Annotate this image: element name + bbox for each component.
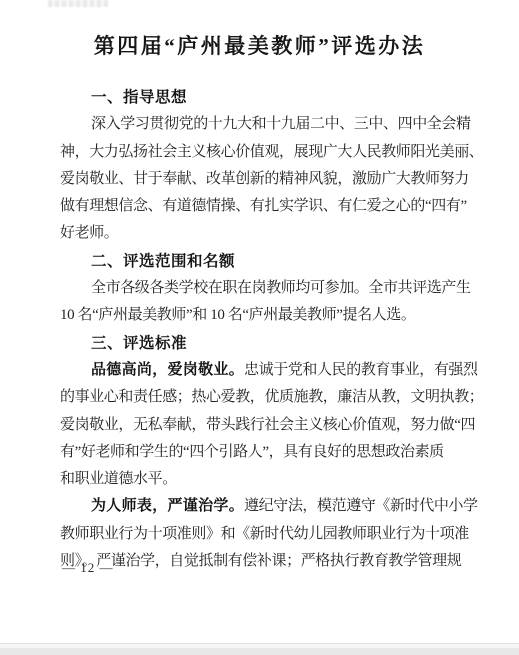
document-body: 一、指导思想 深入学习贯彻党的十九大和十九届二中、三中、四中全会精 神，大力弘扬… bbox=[60, 84, 474, 575]
paragraph-lead-bold: 为人师表，严谨治学。 bbox=[91, 498, 244, 514]
document-page: 第四届“庐州最美教师”评选办法 一、指导思想 深入学习贯彻党的十九大和十九届二中… bbox=[0, 0, 519, 655]
page-number: — 12 — bbox=[62, 560, 114, 576]
text-line: 10 名“庐州最美教师”和 10 名“庐州最美教师”提名人选。 bbox=[60, 302, 474, 329]
clipped-top-text-fragment bbox=[48, 0, 108, 7]
section-heading: 一、指导思想 bbox=[60, 84, 474, 111]
text-line: 好老师。 bbox=[60, 220, 474, 247]
text-run: 遵纪守法，模范遵守《新时代中小学 bbox=[244, 498, 478, 514]
section-guiding-ideology: 一、指导思想 深入学习贯彻党的十九大和十九届二中、三中、四中全会精 神，大力弘扬… bbox=[60, 84, 474, 248]
text-line: 深入学习贯彻党的十九大和十九届二中、三中、四中全会精 bbox=[60, 111, 474, 138]
text-line: 和职业道德水平。 bbox=[60, 466, 474, 493]
section-heading: 三、评选标准 bbox=[60, 330, 474, 357]
section-heading: 二、评选范围和名额 bbox=[60, 248, 474, 275]
text-line: 有”好老师和学生的“四个引路人”，具有良好的思想政治素质 bbox=[60, 439, 474, 466]
document-title: 第四届“庐州最美教师”评选办法 bbox=[0, 30, 519, 60]
text-line: 教师职业行为十项准则》和《新时代幼儿园教师职业行为十项准 bbox=[60, 521, 474, 548]
paragraph-lead-bold: 品德高尚，爱岗敬业。 bbox=[91, 362, 244, 378]
text-line: 神，大力弘扬社会主义核心价值观，展现广大人民教师阳光美丽、 bbox=[60, 139, 474, 166]
text-line: 为人师表，严谨治学。遵纪守法，模范遵守《新时代中小学 bbox=[60, 493, 474, 520]
text-line: 爱岗敬业，无私奉献，带头践行社会主义核心价值观，努力做“四 bbox=[60, 412, 474, 439]
text-line: 做有理想信念、有道德情操、有扎实学识、有仁爱之心的“四有” bbox=[60, 193, 474, 220]
text-run: 忠诚于党和人民的教育事业，有强烈 bbox=[244, 362, 478, 378]
text-line: 全市各级各类学校在职在岗教师均可参加。全市共评选产生 bbox=[60, 275, 474, 302]
horizontal-scrollbar[interactable] bbox=[0, 643, 519, 655]
section-scope-and-quota: 二、评选范围和名额 全市各级各类学校在职在岗教师均可参加。全市共评选产生 10 … bbox=[60, 248, 474, 330]
scrollbar-thumb[interactable] bbox=[0, 648, 519, 655]
text-line: 品德高尚，爱岗敬业。忠诚于党和人民的教育事业，有强烈 bbox=[60, 357, 474, 384]
text-line: 的事业心和责任感；热心爱教，优质施教，廉洁从教，文明执教； bbox=[60, 384, 474, 411]
text-line: 则》。严谨治学，自觉抵制有偿补课；严格执行教育教学管理规 bbox=[60, 548, 474, 575]
text-line: 爱岗敬业、甘于奉献、改革创新的精神风貌，激励广大教师努力 bbox=[60, 166, 474, 193]
section-criteria: 三、评选标准 品德高尚，爱岗敬业。忠诚于党和人民的教育事业，有强烈 的事业心和责… bbox=[60, 330, 474, 576]
